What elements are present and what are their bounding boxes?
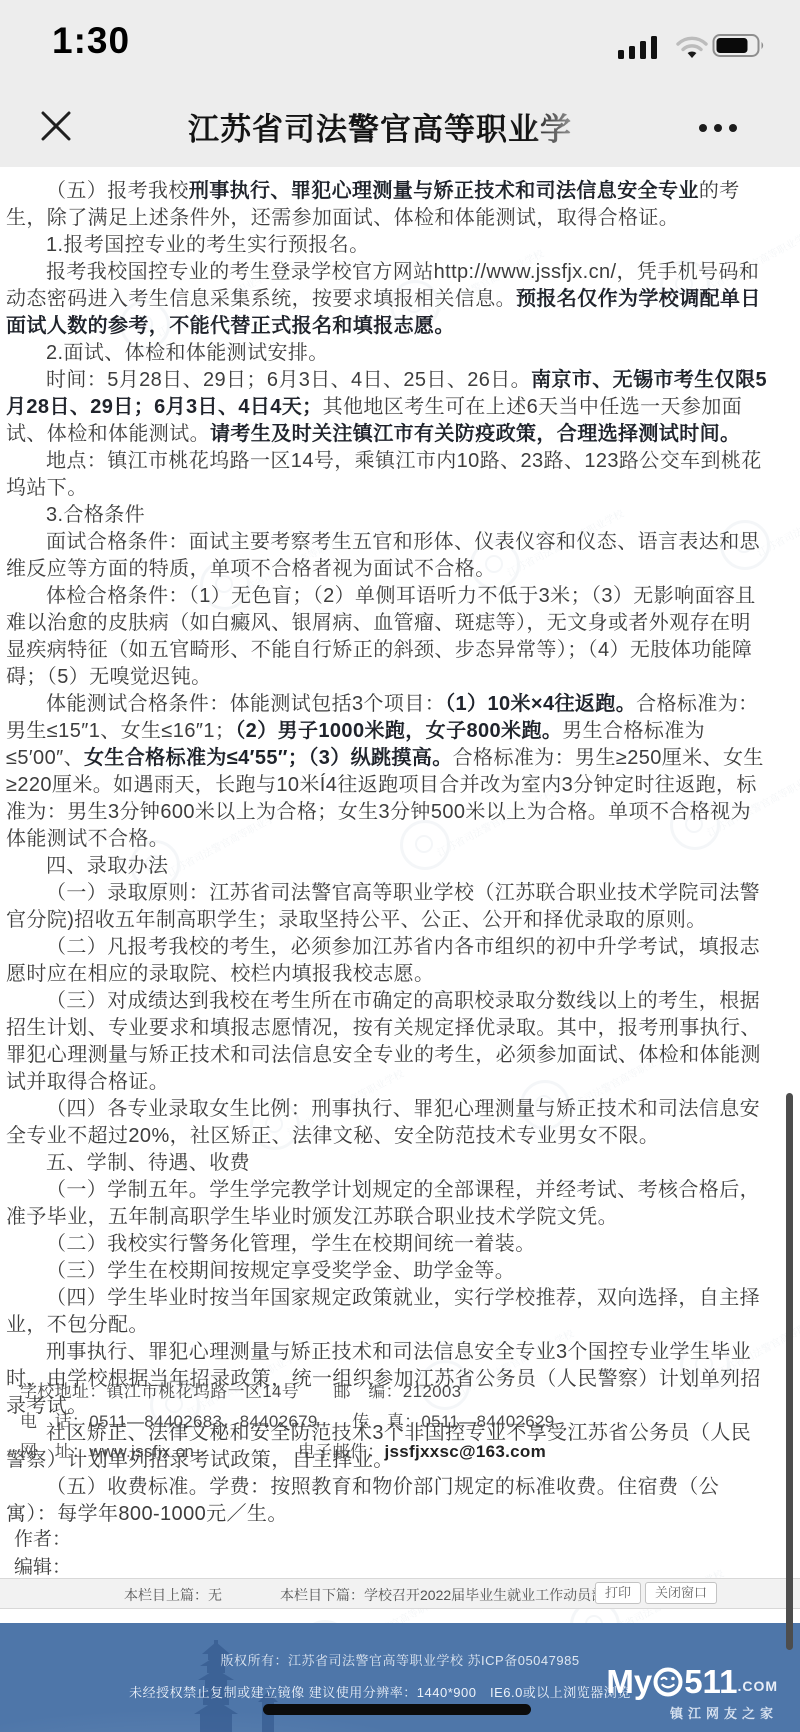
paragraph: 五、学制、待遇、收费 — [6, 1150, 768, 1177]
close-icon[interactable] — [38, 108, 74, 144]
battery-icon — [712, 33, 770, 59]
prev-article: 本栏目上篇：无 — [124, 1585, 222, 1605]
prev-next-bar: 本栏目上篇：无 本栏目下篇：学校召开2022届毕业生就业工作动员部署会 打印 关… — [0, 1578, 800, 1609]
paragraph: （一）学制五年。学生学完教学计划规定的全部课程，并经考试、考核合格后，准予毕业，… — [6, 1177, 768, 1231]
paragraph: 体检合格条件：（1）无色盲；（2）单侧耳语听力不低于3米；（3）无影响面容且难以… — [6, 583, 768, 691]
home-indicator[interactable] — [263, 1704, 531, 1715]
paragraph: 报考我校国控专业的考生登录学校官方网站http://www.jssfjx.cn/… — [6, 259, 768, 340]
paragraph: （二）凡报考我校的考生，必须参加江苏省内各市组织的初中升学考试，填报志愿时应在相… — [6, 934, 768, 988]
paragraph: 地点：镇江市桃花坞路一区14号，乘镇江市内10路、23路、123路公交车到桃花坞… — [6, 448, 768, 502]
logo-caption: 镇江网友之家 — [606, 1703, 778, 1722]
signal-bars-icon — [618, 36, 668, 60]
paragraph: 时间：5月28日、29日；6月3日、4日、25日、26日。南京市、无锡市考生仅限… — [6, 367, 768, 448]
contact-line: 学校地址：镇江市桃花坞路一区14号 邮 编：212003 — [20, 1377, 555, 1407]
more-menu-icon[interactable] — [699, 124, 737, 132]
author-block: 作者： 编辑： — [14, 1526, 71, 1582]
top-bar: 1:30 江苏省司法警官高等职业学 — [0, 0, 800, 167]
wifi-icon — [676, 36, 708, 60]
status-time: 1:30 — [52, 20, 130, 62]
paragraph: （一）录取原则：江苏省司法警官高等职业学校（江苏联合职业技术学院司法警官分院)招… — [6, 880, 768, 934]
contact-block: 学校地址：镇江市桃花坞路一区14号 邮 编：212003电 话：0511—844… — [20, 1377, 555, 1467]
paragraph: 3.合格条件 — [6, 502, 768, 529]
paragraph: （五）收费标准。学费：按照教育和物价部门规定的标准收费。住宿费（公寓）：每学年8… — [6, 1474, 768, 1528]
paragraph: 体能测试合格条件：体能测试包括3个项目：（1）10米×4往返跑。合格标准为：男生… — [6, 691, 768, 853]
print-button[interactable]: 打印 — [595, 1582, 641, 1604]
article-body: （五）报考我校刑事执行、罪犯心理测量与矫正技术和司法信息安全专业的考生，除了满足… — [6, 178, 768, 1528]
title-fade — [528, 98, 632, 156]
author-label: 作者： — [14, 1526, 71, 1554]
paragraph: 2.面试、体检和体能测试安排。 — [6, 340, 768, 367]
paragraph: （四）学生毕业时按当年国家规定政策就业，实行学校推荐，双向选择，自主择业，不包分… — [6, 1285, 768, 1339]
paragraph: （五）报考我校刑事执行、罪犯心理测量与矫正技术和司法信息安全专业的考生，除了满足… — [6, 178, 768, 232]
paragraph: （二）我校实行警务化管理，学生在校期间统一着装。 — [6, 1231, 768, 1258]
paragraph: （三）学生在校期间按规定享受奖学金、助学金等。 — [6, 1258, 768, 1285]
next-article-link[interactable]: 学校召开2022届毕业生就业工作动员部署会 — [364, 1587, 633, 1603]
next-article: 本栏目下篇：学校召开2022届毕业生就业工作动员部署会 — [280, 1585, 633, 1605]
site-footer: 版权所有：江苏省司法警官高等职业学校 苏ICP备05047985 未经授权禁止复… — [0, 1623, 800, 1732]
scrollbar-thumb[interactable] — [786, 1093, 793, 1650]
paragraph: （四）各专业录取女生比例：刑事执行、罪犯心理测量与矫正技术和司法信息安全专业不超… — [6, 1096, 768, 1150]
my0511-logo: My 511.COM 镇江网友之家 — [606, 1665, 778, 1722]
paragraph: 面试合格条件：面试主要考察考生五官和形体、仪表仪容和仪态、语言表达和思维反应等方… — [6, 529, 768, 583]
contact-line: 网 址：www.jssfjx.cn 电子邮件：jssfjxxsc@163.com — [20, 1437, 555, 1467]
paragraph: 四、录取办法 — [6, 853, 768, 880]
paragraph: 1.报考国控专业的考生实行预报名。 — [6, 232, 768, 259]
contact-line: 电 话：0511—84402683、84402679 传 真：0511—8440… — [20, 1407, 555, 1437]
smiley-icon — [653, 1667, 683, 1697]
paragraph: （三）对成绩达到我校在考生所在市确定的高职校录取分数线以上的考生，根据招生计划、… — [6, 988, 768, 1096]
close-window-button[interactable]: 关闭窗口 — [645, 1582, 717, 1604]
